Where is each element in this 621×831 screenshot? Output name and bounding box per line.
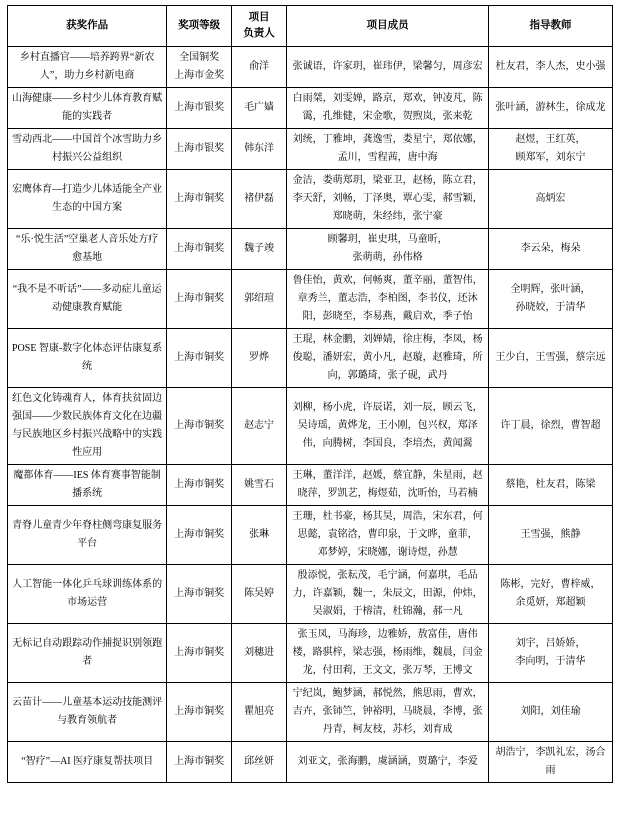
advisors-cell: 许丁晨，徐烈，曹智超 [488, 388, 612, 465]
header-work-title: 获奖作品 [8, 6, 167, 47]
table-row: 青脊儿童青少年脊柱侧弯康复服务平台上海市铜奖张琳王珊，杜书豪，杨其昊，周浩，宋东… [8, 506, 613, 565]
table-row: 无标记自动跟踪动作捕捉识别领跑者上海市铜奖刘穗进张玉凤，马海珍，边雅娇，敖富佳，… [8, 624, 613, 683]
work-title-cell: “智疗”—AI 医疗康复帮扶项目 [8, 742, 167, 783]
awards-table-body: 乡村直播官——培养跨界“新农人”，助力乡村新电商全国铜奖 上海市金奖俞洋张诚语，… [8, 47, 613, 783]
members-cell: 殷添悦，张耘茂，毛宁涵，何嘉琪，毛品力，许嘉颖，魏一，朱辰文，田源，仲炜，吴淑娟… [287, 565, 489, 624]
award-level-cell: 上海市铜奖 [167, 329, 232, 388]
table-row: 乡村直播官——培养跨界“新农人”，助力乡村新电商全国铜奖 上海市金奖俞洋张诚语，… [8, 47, 613, 88]
members-cell: 白雨桀，刘雯婵，路京，郑欢，钟凌芃，陈霭，孔维健，宋金歌，贺煦岚，张来乾 [287, 88, 489, 129]
award-level-cell: 上海市铜奖 [167, 624, 232, 683]
work-title-cell: 雪动西北——中国首个冰雪助力乡村振兴公益组织 [8, 129, 167, 170]
leader-cell: 俞洋 [231, 47, 286, 88]
members-cell: 刘亚文，张海鹏，虞涵涵，贾璐宁，李爱 [287, 742, 489, 783]
award-level-cell: 上海市铜奖 [167, 565, 232, 624]
advisors-cell: 陈彬，完好，曹梓威， 余觅妍，郑超颖 [488, 565, 612, 624]
table-row: “乐·悦生活”空巢老人音乐处方疗愈基地上海市铜奖魏子竣顾馨玥，崔史琪，马童昕， … [8, 229, 613, 270]
header-leader: 项目 负责人 [231, 6, 286, 47]
members-cell: 王琳，董洋洋，赵媛，蔡宜静，朱星雨，赵晓萍，罗凯艺，梅煜茹，沈昕怡，马若楠 [287, 465, 489, 506]
work-title-cell: 红色文化铸魂育人，体育扶贫固边强国——少数民族体育文化在边疆与民族地区乡村振兴战… [8, 388, 167, 465]
work-title-cell: POSE 智康-数字化体态评估康复系统 [8, 329, 167, 388]
advisors-cell: 高炳宏 [488, 170, 612, 229]
table-row: “智疗”—AI 医疗康复帮扶项目上海市铜奖邱丝妍刘亚文，张海鹏，虞涵涵，贾璐宁，… [8, 742, 613, 783]
work-title-cell: 山海健康——乡村少儿体育教育赋能的实践者 [8, 88, 167, 129]
table-row: 雪动西北——中国首个冰雪助力乡村振兴公益组织上海市银奖韩东洋刘统，丁雅坤，龚逸雪… [8, 129, 613, 170]
award-level-cell: 上海市银奖 [167, 88, 232, 129]
table-row: 红色文化铸魂育人，体育扶贫固边强国——少数民族体育文化在边疆与民族地区乡村振兴战… [8, 388, 613, 465]
advisors-cell: 杜友君，李人杰，史小强 [488, 47, 612, 88]
members-cell: 张玉凤，马海珍，边雅娇，敖富佳，唐伟楼，路骐梓，梁志强，杨雨维，魏晨，闫金龙，付… [287, 624, 489, 683]
advisors-cell: 刘阳，刘佳瑜 [488, 683, 612, 742]
table-row: 山海健康——乡村少儿体育教育赋能的实践者上海市银奖毛广嫱白雨桀，刘雯婵，路京，郑… [8, 88, 613, 129]
work-title-cell: 乡村直播官——培养跨界“新农人”，助力乡村新电商 [8, 47, 167, 88]
document-page: 获奖作品 奖项等级 项目 负责人 项目成员 指导教师 乡村直播官——培养跨界“新… [0, 0, 621, 831]
table-row: 云苗计——儿童基本运动技能测评与教育领航者上海市铜奖瞿旭亮宁纪岚，鲍梦涵，郝悦然… [8, 683, 613, 742]
leader-cell: 陈吴婷 [231, 565, 286, 624]
work-title-cell: 无标记自动跟踪动作捕捉识别领跑者 [8, 624, 167, 683]
advisors-cell: 王雪强，熊静 [488, 506, 612, 565]
award-level-cell: 全国铜奖 上海市金奖 [167, 47, 232, 88]
header-members: 项目成员 [287, 6, 489, 47]
advisors-cell: 赵煜，王红英， 顾郑军，刘东宁 [488, 129, 612, 170]
advisors-cell: 蔡艳，杜友君，陈梁 [488, 465, 612, 506]
table-row: 宏鹰体育—打造少儿体适能全产业生态的中国方案上海市铜奖褚伊磊金洁，娄萌郑玥，梁亚… [8, 170, 613, 229]
award-level-cell: 上海市铜奖 [167, 506, 232, 565]
award-level-cell: 上海市铜奖 [167, 742, 232, 783]
award-level-cell: 上海市铜奖 [167, 170, 232, 229]
advisors-cell: 胡浩宁，李凯礼宏，汤合雨 [488, 742, 612, 783]
awards-table: 获奖作品 奖项等级 项目 负责人 项目成员 指导教师 乡村直播官——培养跨界“新… [7, 5, 613, 783]
leader-cell: 赵志宁 [231, 388, 286, 465]
work-title-cell: “我不是不听话”——多动症儿童运动健康教育赋能 [8, 270, 167, 329]
leader-cell: 褚伊磊 [231, 170, 286, 229]
leader-cell: 张琳 [231, 506, 286, 565]
table-row: 人工智能一体化乒乓球训练体系的市场运营上海市铜奖陈吴婷殷添悦，张耘茂，毛宁涵，何… [8, 565, 613, 624]
award-level-cell: 上海市铜奖 [167, 388, 232, 465]
header-advisors: 指导教师 [488, 6, 612, 47]
leader-cell: 郭绍瑄 [231, 270, 286, 329]
members-cell: 鲁佳怡，黄欢，何畅爽，董辛丽，董智伟，章秀兰，董志浩，李柏图，李书仪，还沐阳，彭… [287, 270, 489, 329]
members-cell: 金洁，娄萌郑玥，梁亚卫，赵杨，陈立君，李天舒，刘畅，丁泽奥，覃心雯，郝雪颖，郑晓… [287, 170, 489, 229]
leader-cell: 刘穗进 [231, 624, 286, 683]
members-cell: 刘统，丁雅坤，龚逸雪，娄星宁，郑依娜， 孟川，雪程茜，唐中海 [287, 129, 489, 170]
award-level-cell: 上海市铜奖 [167, 683, 232, 742]
work-title-cell: 人工智能一体化乒乓球训练体系的市场运营 [8, 565, 167, 624]
advisors-cell: 刘宇，吕娇娇， 李向明，于清华 [488, 624, 612, 683]
members-cell: 顾馨玥，崔史琪，马童昕， 张萌萌，孙伟格 [287, 229, 489, 270]
table-row: POSE 智康-数字化体态评估康复系统上海市铜奖罗烨王琨，林金鹏，刘婵婧，徐庄梅… [8, 329, 613, 388]
work-title-cell: 云苗计——儿童基本运动技能测评与教育领航者 [8, 683, 167, 742]
work-title-cell: 青脊儿童青少年脊柱侧弯康复服务平台 [8, 506, 167, 565]
members-cell: 宁纪岚，鲍梦涵，郝悦然，熊思雨，曹欢，吉卉，张铈竺，钟裕明，马晓晨，李博，张丹青… [287, 683, 489, 742]
work-title-cell: “乐·悦生活”空巢老人音乐处方疗愈基地 [8, 229, 167, 270]
table-row: “我不是不听话”——多动症儿童运动健康教育赋能上海市铜奖郭绍瑄鲁佳怡，黄欢，何畅… [8, 270, 613, 329]
work-title-cell: 宏鹰体育—打造少儿体适能全产业生态的中国方案 [8, 170, 167, 229]
leader-cell: 韩东洋 [231, 129, 286, 170]
members-cell: 王珊，杜书豪，杨其昊，周浩，宋东君，何思懿，袁铭浛，曹印泉，于文晔，童菲， 邓梦… [287, 506, 489, 565]
members-cell: 王琨，林金鹏，刘婵婧，徐庄梅，李凤，杨俊聪，潘妍宏，黄小凡，赵璇，赵雅琦，所向，… [287, 329, 489, 388]
members-cell: 刘柳，杨小虎，许辰诺，刘一辰，顾云飞，吴诗瑶，黄烨龙，王小刚，包兴权，郑泽伟，向… [287, 388, 489, 465]
leader-cell: 邱丝妍 [231, 742, 286, 783]
leader-cell: 罗烨 [231, 329, 286, 388]
award-level-cell: 上海市铜奖 [167, 229, 232, 270]
leader-cell: 瞿旭亮 [231, 683, 286, 742]
header-row: 获奖作品 奖项等级 项目 负责人 项目成员 指导教师 [8, 6, 613, 47]
members-cell: 张诚语，许家玥，崔玮伊，梁馨匀，周彦宏 [287, 47, 489, 88]
work-title-cell: 魔都体育——IES 体育赛事智能制播系统 [8, 465, 167, 506]
leader-cell: 魏子竣 [231, 229, 286, 270]
award-level-cell: 上海市铜奖 [167, 465, 232, 506]
header-award-level: 奖项等级 [167, 6, 232, 47]
advisors-cell: 张叶涵，游林生，徐成龙 [488, 88, 612, 129]
advisors-cell: 李云朵，梅朵 [488, 229, 612, 270]
leader-cell: 毛广嫱 [231, 88, 286, 129]
award-level-cell: 上海市铜奖 [167, 270, 232, 329]
advisors-cell: 王少白，王雪强，蔡宗远 [488, 329, 612, 388]
award-level-cell: 上海市银奖 [167, 129, 232, 170]
table-row: 魔都体育——IES 体育赛事智能制播系统上海市铜奖姚雪石王琳，董洋洋，赵媛，蔡宜… [8, 465, 613, 506]
leader-cell: 姚雪石 [231, 465, 286, 506]
advisors-cell: 全明辉，张叶涵， 孙晓姣，于清华 [488, 270, 612, 329]
